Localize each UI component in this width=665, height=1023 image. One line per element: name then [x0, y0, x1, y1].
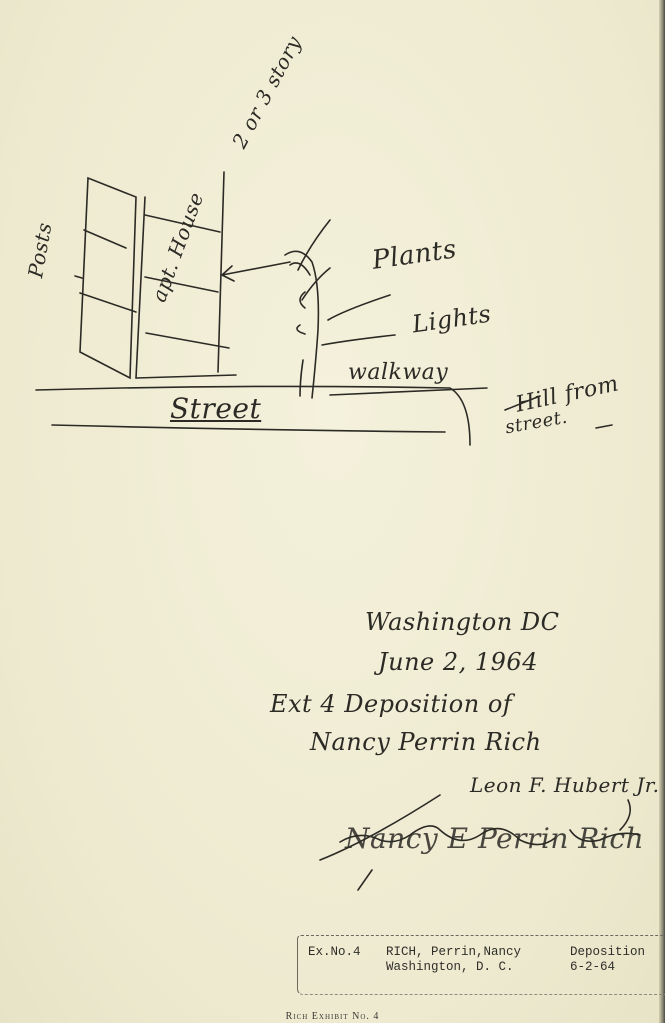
building-left-drawing — [75, 178, 136, 378]
street-line-bottom — [52, 425, 445, 432]
stamp-location: Washington, D. C. — [386, 960, 521, 975]
exhibit-caption: Rich Exhibit No. 4 — [0, 1011, 665, 1022]
stamp-name: RICH, Perrin,Nancy — [386, 945, 521, 960]
label-walkway: walkway — [348, 360, 448, 385]
note-line-3: Ext 4 Deposition of — [270, 690, 512, 718]
note-line-2: June 2, 1964 — [378, 648, 538, 676]
signature: Nancy E Perrin Rich — [345, 822, 644, 855]
label-street: Street — [170, 392, 261, 425]
stamp-date: 6-2-64 — [570, 960, 645, 975]
note-line-1: Washington DC — [365, 608, 559, 636]
walkway-underline — [330, 388, 487, 395]
exhibit-stamp: Ex.No.4 RICH, Perrin,Nancy Washington, D… — [297, 935, 665, 995]
stamp-type: Deposition — [570, 945, 645, 960]
note-line-4: Nancy Perrin Rich — [310, 728, 542, 756]
stamp-exhibit-number: Ex.No.4 — [308, 945, 361, 960]
stamp-type-block: Deposition 6-2-64 — [570, 945, 645, 975]
note-line-5: Leon F. Hubert Jr. — [470, 773, 660, 797]
sketch-drawing — [0, 0, 665, 1023]
stamp-name-block: RICH, Perrin,Nancy Washington, D. C. — [386, 945, 521, 975]
